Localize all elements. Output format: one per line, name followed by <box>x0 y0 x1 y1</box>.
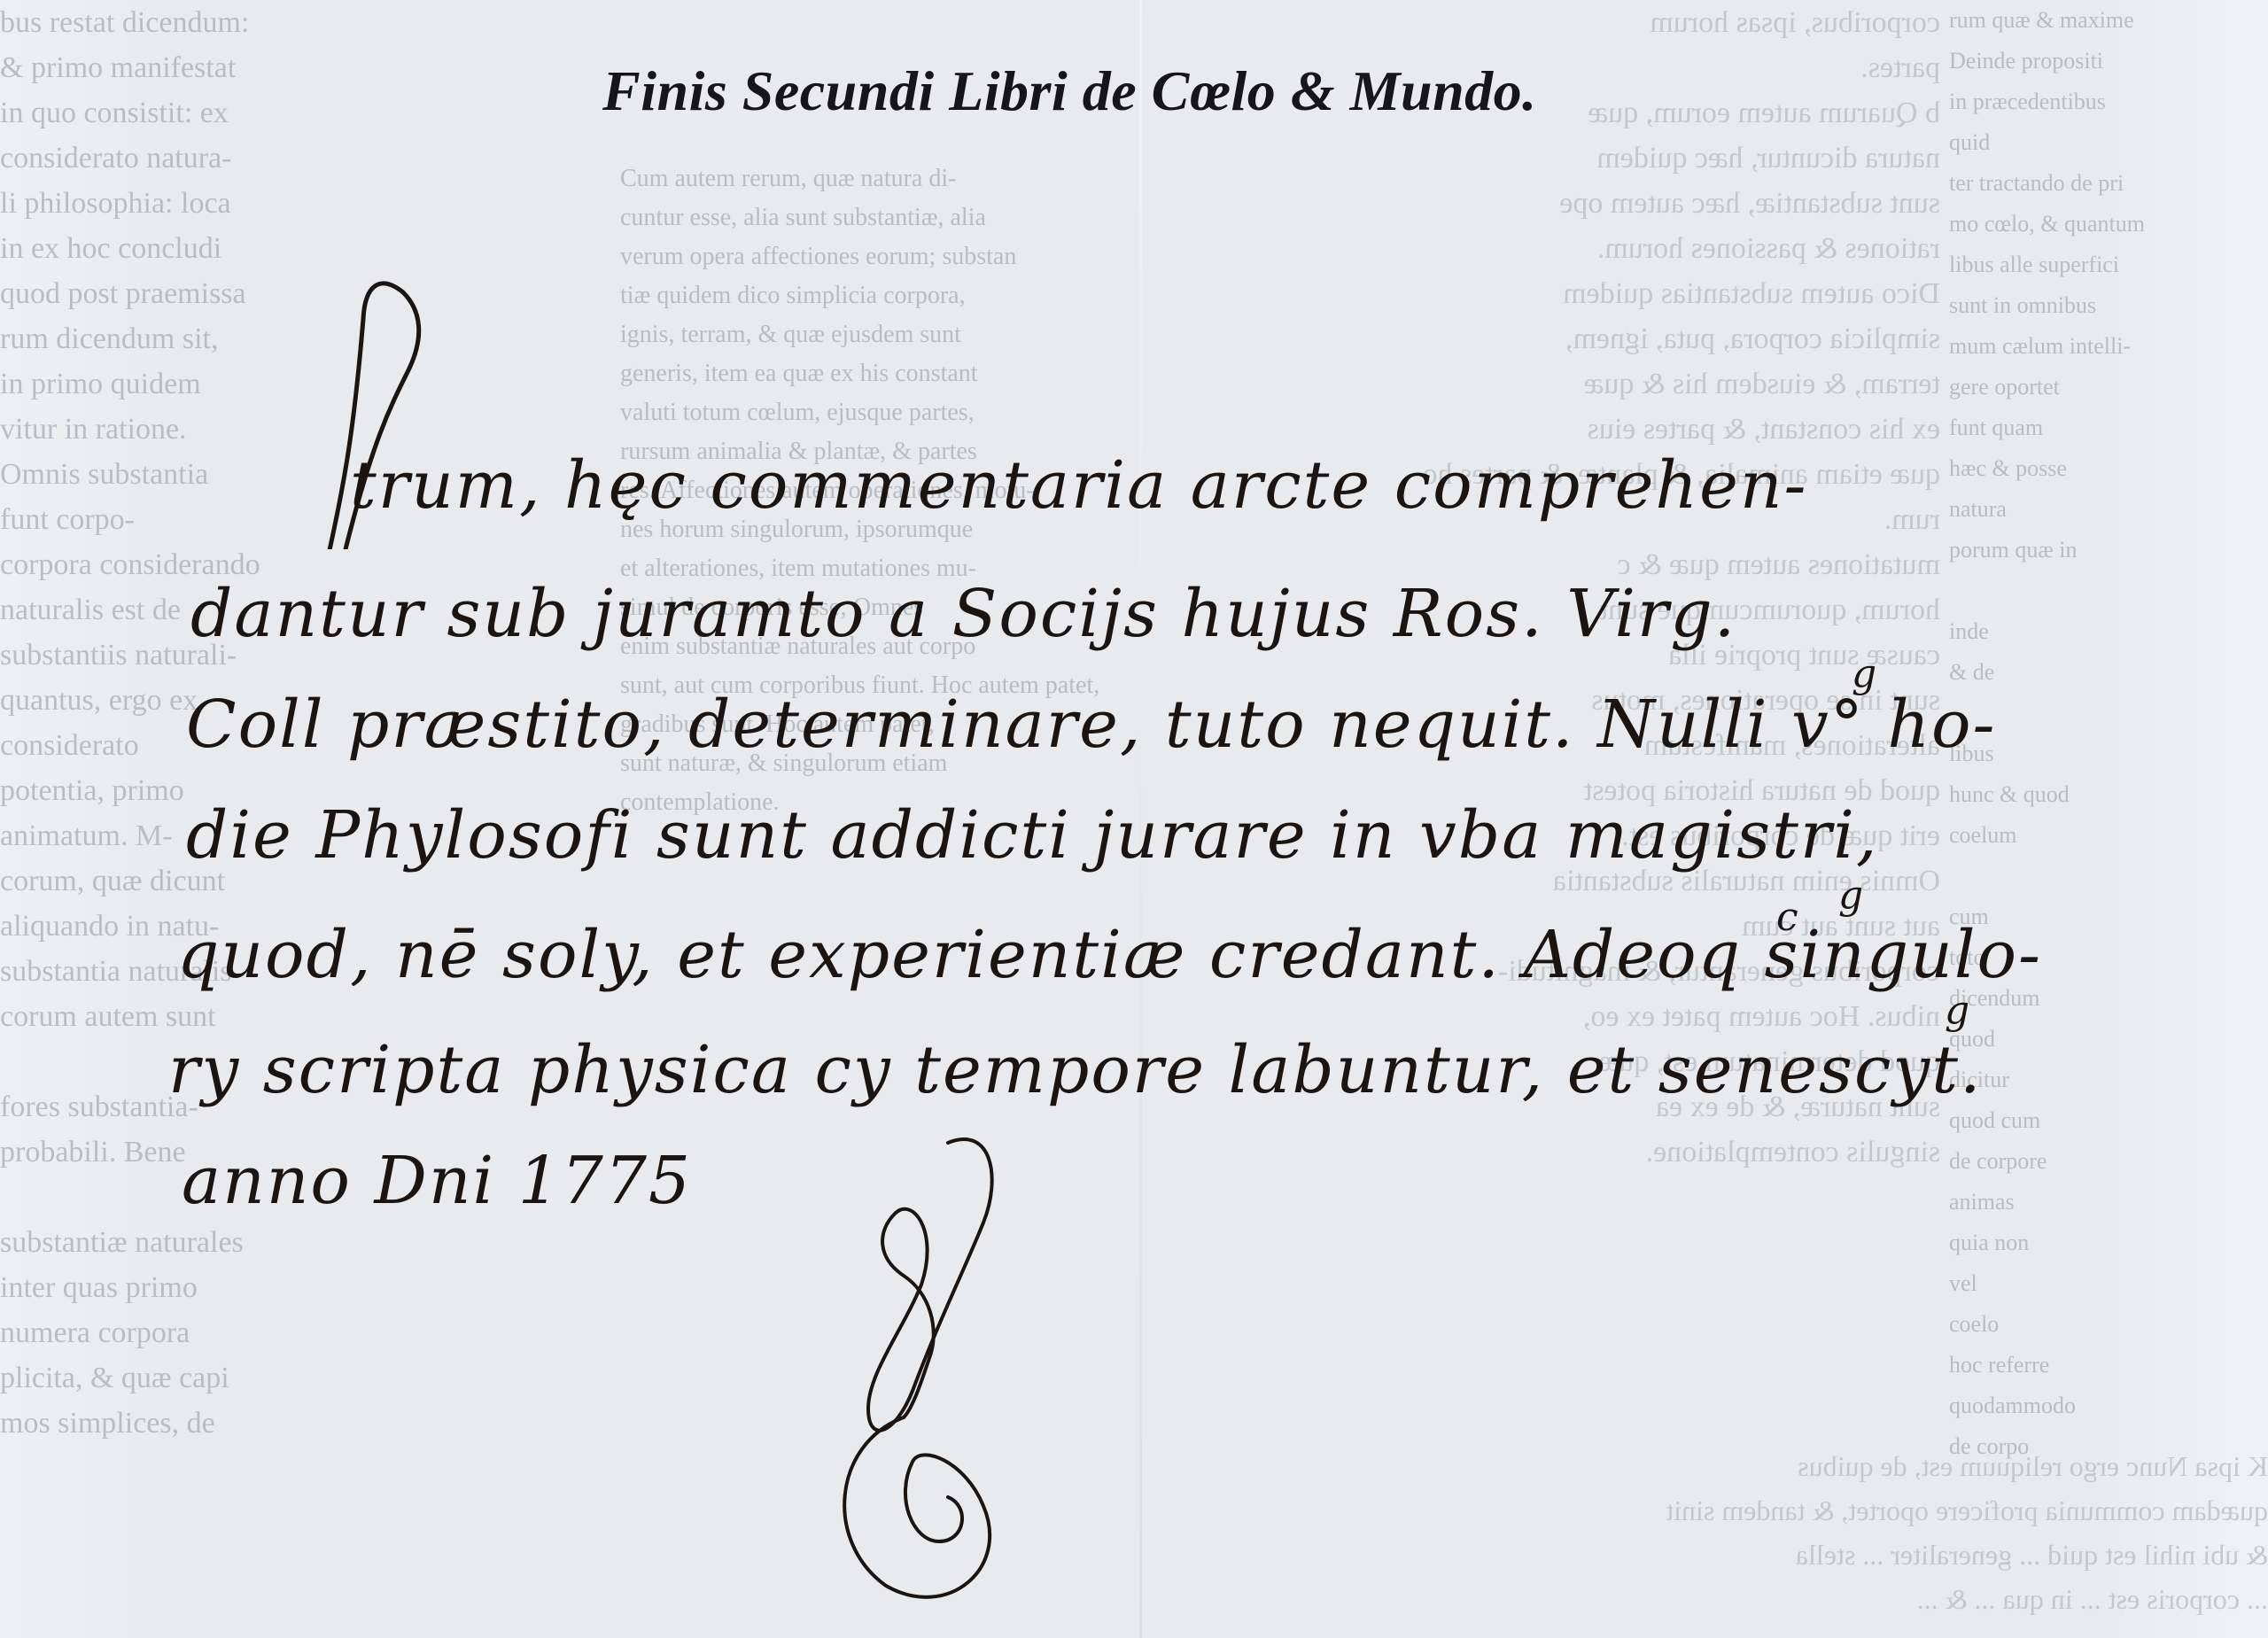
superscript-mark: g <box>1852 651 1876 696</box>
note-line-4: die Phylosofi sunt addicti jurare in vba… <box>186 797 1878 873</box>
superscript-mark: c <box>1776 895 1798 940</box>
note-line-6: ry scripta physica cy tempore labuntur, … <box>168 1032 1982 1108</box>
note-line-3: Coll præstito, determinare, tuto nequit.… <box>186 687 1997 763</box>
superscript-mark: g <box>1945 988 1969 1033</box>
signature-flourish-icon <box>815 1125 1045 1621</box>
note-line-2: dantur sub juramto a Socijs hujus Ros. V… <box>190 576 1736 652</box>
handwritten-note: trum, hęc commentaria arcte comprehen- d… <box>0 0 2268 1638</box>
note-date-line: anno Dni 1775 <box>182 1143 692 1219</box>
note-line-5: quod, nē soly, et experientiæ credant. A… <box>177 917 2042 993</box>
superscript-mark: g <box>1838 873 1863 918</box>
note-line-1: trum, hęc commentaria arcte comprehen- <box>350 447 1808 524</box>
document-page: bus restat dicendum: & primo manifestat … <box>0 0 2268 1638</box>
